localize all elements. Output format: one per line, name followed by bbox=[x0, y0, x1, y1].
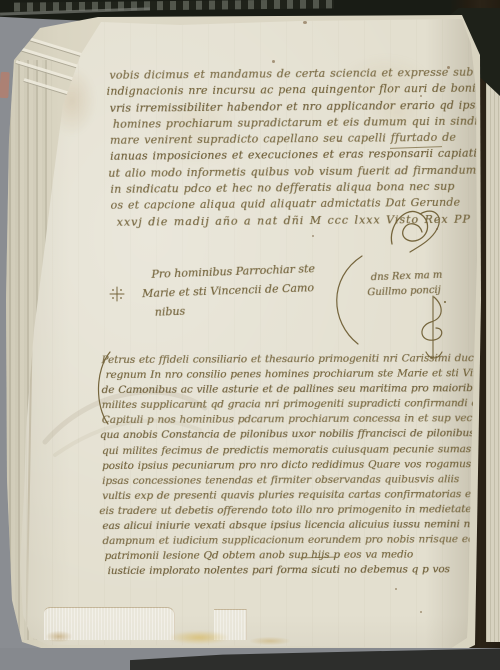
manuscript-text-line: qua anobis Constancia de pilonibus uxor … bbox=[100, 426, 500, 443]
manuscript-text-line: dampnum et iudicium supplicacionum eorun… bbox=[102, 532, 500, 549]
paragraph-letter: Petrus etc ffideli consiliario et thesau… bbox=[101, 351, 500, 580]
speck bbox=[312, 235, 314, 237]
annotation-bracket-icon bbox=[318, 252, 368, 347]
speck bbox=[338, 140, 340, 142]
speck bbox=[420, 611, 422, 613]
speck bbox=[447, 66, 450, 69]
repair-patch bbox=[44, 607, 175, 640]
speck bbox=[395, 588, 397, 590]
chancery-address-note: Pro hominibus Parrochiar steMarie et sti… bbox=[151, 259, 316, 322]
manuscript-text-line: qui milites fecimus de predictis memorat… bbox=[102, 441, 500, 458]
speck bbox=[436, 228, 438, 230]
spine-edge-accent bbox=[0, 72, 10, 98]
manuscript-text-line: iusticie implorato nolentes pari forma s… bbox=[108, 562, 500, 579]
repair-patch bbox=[214, 609, 247, 640]
speck bbox=[303, 21, 307, 24]
speck bbox=[420, 95, 422, 97]
stain bbox=[250, 637, 290, 645]
manuscript-page: vobis dicimus et mandamus de certa scien… bbox=[0, 0, 500, 670]
speck bbox=[272, 60, 275, 63]
facing-page-edge bbox=[486, 26, 500, 642]
manuscript-photo: vobis dicimus et mandamus de certa scien… bbox=[0, 0, 500, 670]
margin-cross-icon bbox=[108, 284, 126, 306]
manuscript-text-line: posito ipsius pecuniarum pro nro dicto r… bbox=[102, 457, 500, 474]
